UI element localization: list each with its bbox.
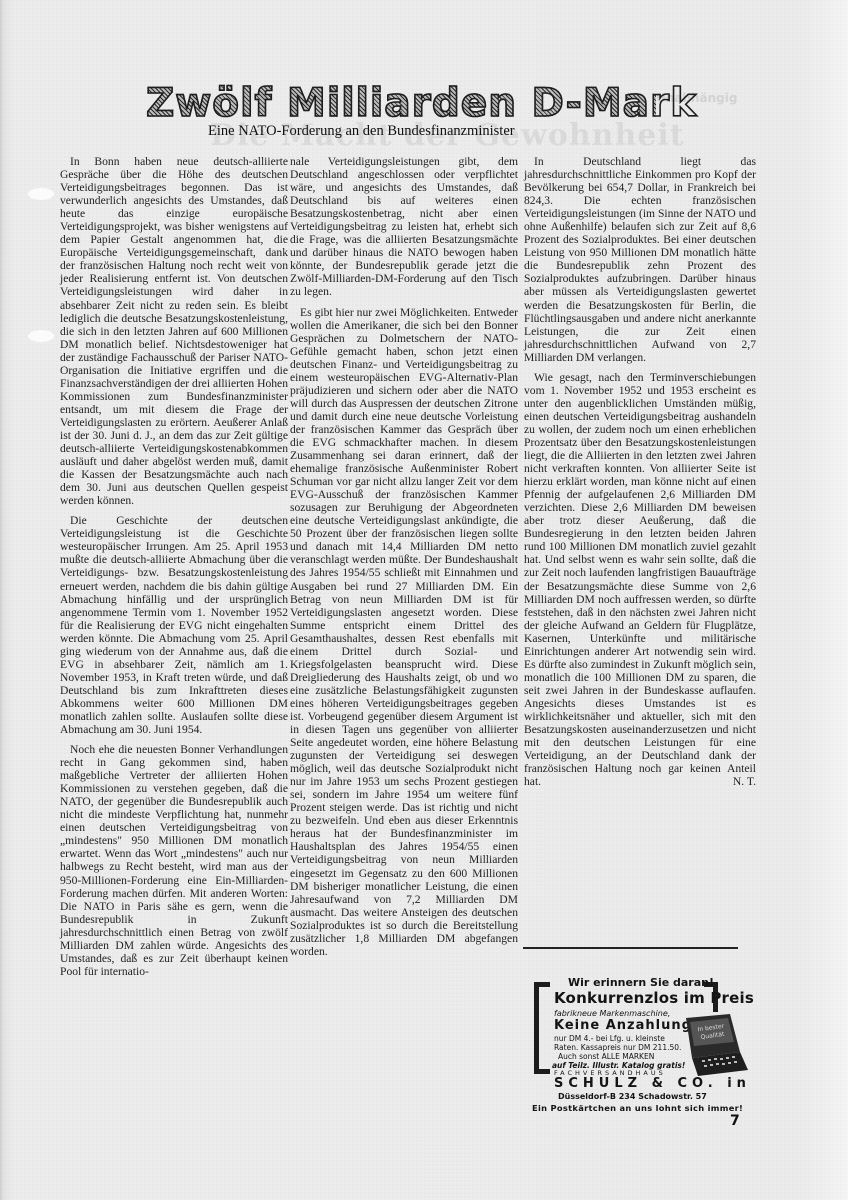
article-column-2: nale Verteidigungsleistungen gibt, dem D… xyxy=(290,155,518,965)
paragraph: Wie gesagt, nach den Terminverschiebunge… xyxy=(524,371,756,789)
ad-text: nur DM 4.- bei Lfg. u. kleinste xyxy=(554,1034,665,1043)
scanned-page: Unabhängig Die Macht der Gewohnheit Zwöl… xyxy=(0,0,848,1200)
paragraph: Es gibt hier nur zwei Möglichkeiten. Ent… xyxy=(290,306,518,958)
paragraph: Noch ehe die neuesten Bonner Verhandlung… xyxy=(60,743,288,978)
ad-address: Düsseldorf-B 234 Schadowstr. 57 xyxy=(558,1092,707,1101)
ad-offer: Keine Anzahlung xyxy=(554,1018,692,1033)
paragraph: In Deutschland liegt das jahresdurchschn… xyxy=(524,155,756,364)
subtitle: Eine NATO-Forderung an den Bundesfinanzm… xyxy=(208,123,515,140)
section-divider xyxy=(523,947,738,949)
headline: Zwölf Milliarden D-Mark xyxy=(146,82,656,126)
ad-heading: Konkurrenzlos im Preis xyxy=(554,989,754,1007)
page-number: 7 xyxy=(730,1113,740,1129)
typewriter-advertisement: Wir erinnern Sie daran! Konkurrenzlos im… xyxy=(532,972,760,1084)
ad-tagline: Wir erinnern Sie daran! xyxy=(568,976,714,989)
article-column-3: In Deutschland liegt das jahresdurchschn… xyxy=(524,155,756,795)
punch-hole xyxy=(28,330,54,342)
ad-company-name: SCHULZ & CO. in xyxy=(554,1076,751,1091)
paragraph: nale Verteidigungsleistungen gibt, dem D… xyxy=(290,155,518,299)
paragraph: Die Geschichte der deutschen Verteidigun… xyxy=(60,514,288,736)
paragraph-text: Wie gesagt, nach den Terminverschiebunge… xyxy=(524,371,756,788)
typewriter-icon: In bester Qualität xyxy=(678,1012,750,1078)
ad-text: fabrikneue Markenmaschine, xyxy=(554,1009,670,1018)
punch-hole xyxy=(28,188,54,200)
ad-text: Raten. Kassapreis nur DM 211.50. xyxy=(554,1043,681,1052)
ad-frame-left xyxy=(534,982,550,1074)
author-signature: N. T. xyxy=(723,775,756,788)
ad-text: Auch sonst ALLE MARKEN xyxy=(558,1052,654,1061)
paragraph: In Bonn haben neue deutsch-alliierte Ges… xyxy=(60,155,288,507)
ad-footer: Ein Postkärtchen an uns lohnt sich immer… xyxy=(532,1103,743,1113)
article-column-1: In Bonn haben neue deutsch-alliierte Ges… xyxy=(60,155,288,985)
